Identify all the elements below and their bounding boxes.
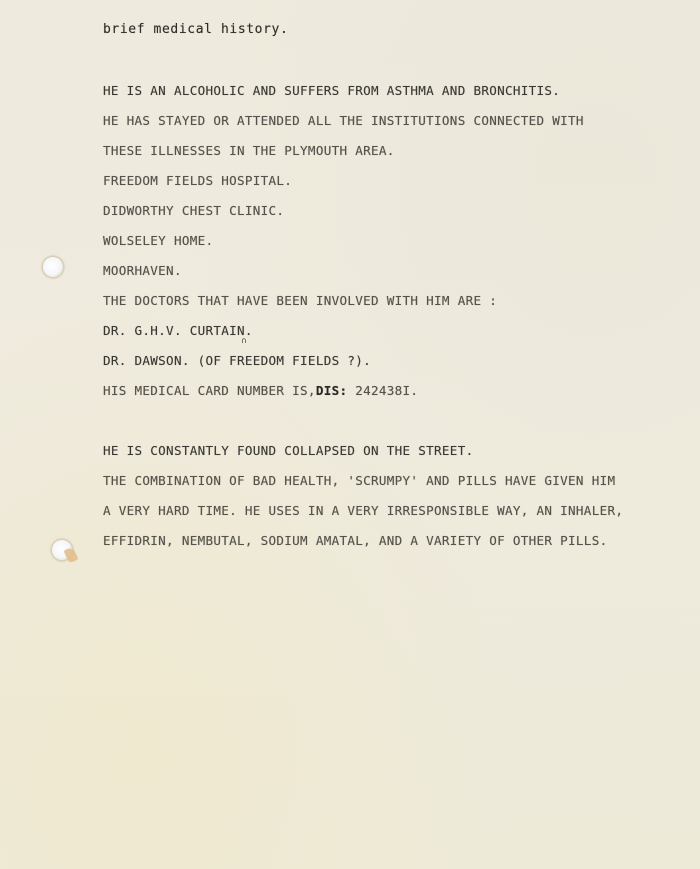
doctor-item: DR. DAWSON. (OF FREEDOM FIELDS ?).: [103, 353, 371, 369]
history-line: A VERY HARD TIME. HE USES IN A VERY IRRE…: [103, 503, 623, 519]
punch-hole-top: [43, 257, 63, 277]
document-heading: brief medical history.: [103, 22, 288, 38]
medical-card-line: HIS MEDICAL CARD NUMBER IS,DIS: 242438I.: [103, 383, 418, 399]
history-line: EFFIDRIN, NEMBUTAL, SODIUM AMATAL, AND A…: [103, 533, 607, 549]
medical-card-label: DIS:: [316, 383, 348, 398]
institution-item: FREEDOM FIELDS HOSPITAL.: [103, 173, 292, 189]
history-line: THE COMBINATION OF BAD HEALTH, 'SCRUMPY'…: [103, 473, 615, 489]
medical-card-number: 242438I.: [347, 383, 418, 398]
history-line: HE HAS STAYED OR ATTENDED ALL THE INSTIT…: [103, 113, 584, 129]
medical-card-prefix: HIS MEDICAL CARD NUMBER IS,: [103, 383, 316, 398]
paper-tear: [64, 547, 79, 564]
history-line: HE IS CONSTANTLY FOUND COLLAPSED ON THE …: [103, 443, 473, 459]
institution-item: DIDWORTHY CHEST CLINIC.: [103, 203, 284, 219]
correction-mark: ∩: [241, 336, 247, 345]
institution-item: WOLSELEY HOME.: [103, 233, 213, 249]
typewritten-page: brief medical history. HE IS AN ALCOHOLI…: [0, 0, 700, 869]
institution-item: MOORHAVEN.: [103, 263, 182, 279]
history-line: HE IS AN ALCOHOLIC AND SUFFERS FROM ASTH…: [103, 83, 560, 99]
doctor-item: DR. G.H.V. CURTAIN.: [103, 323, 253, 339]
history-line: THESE ILLNESSES IN THE PLYMOUTH AREA.: [103, 143, 395, 159]
doctors-heading: THE DOCTORS THAT HAVE BEEN INVOLVED WITH…: [103, 293, 497, 309]
